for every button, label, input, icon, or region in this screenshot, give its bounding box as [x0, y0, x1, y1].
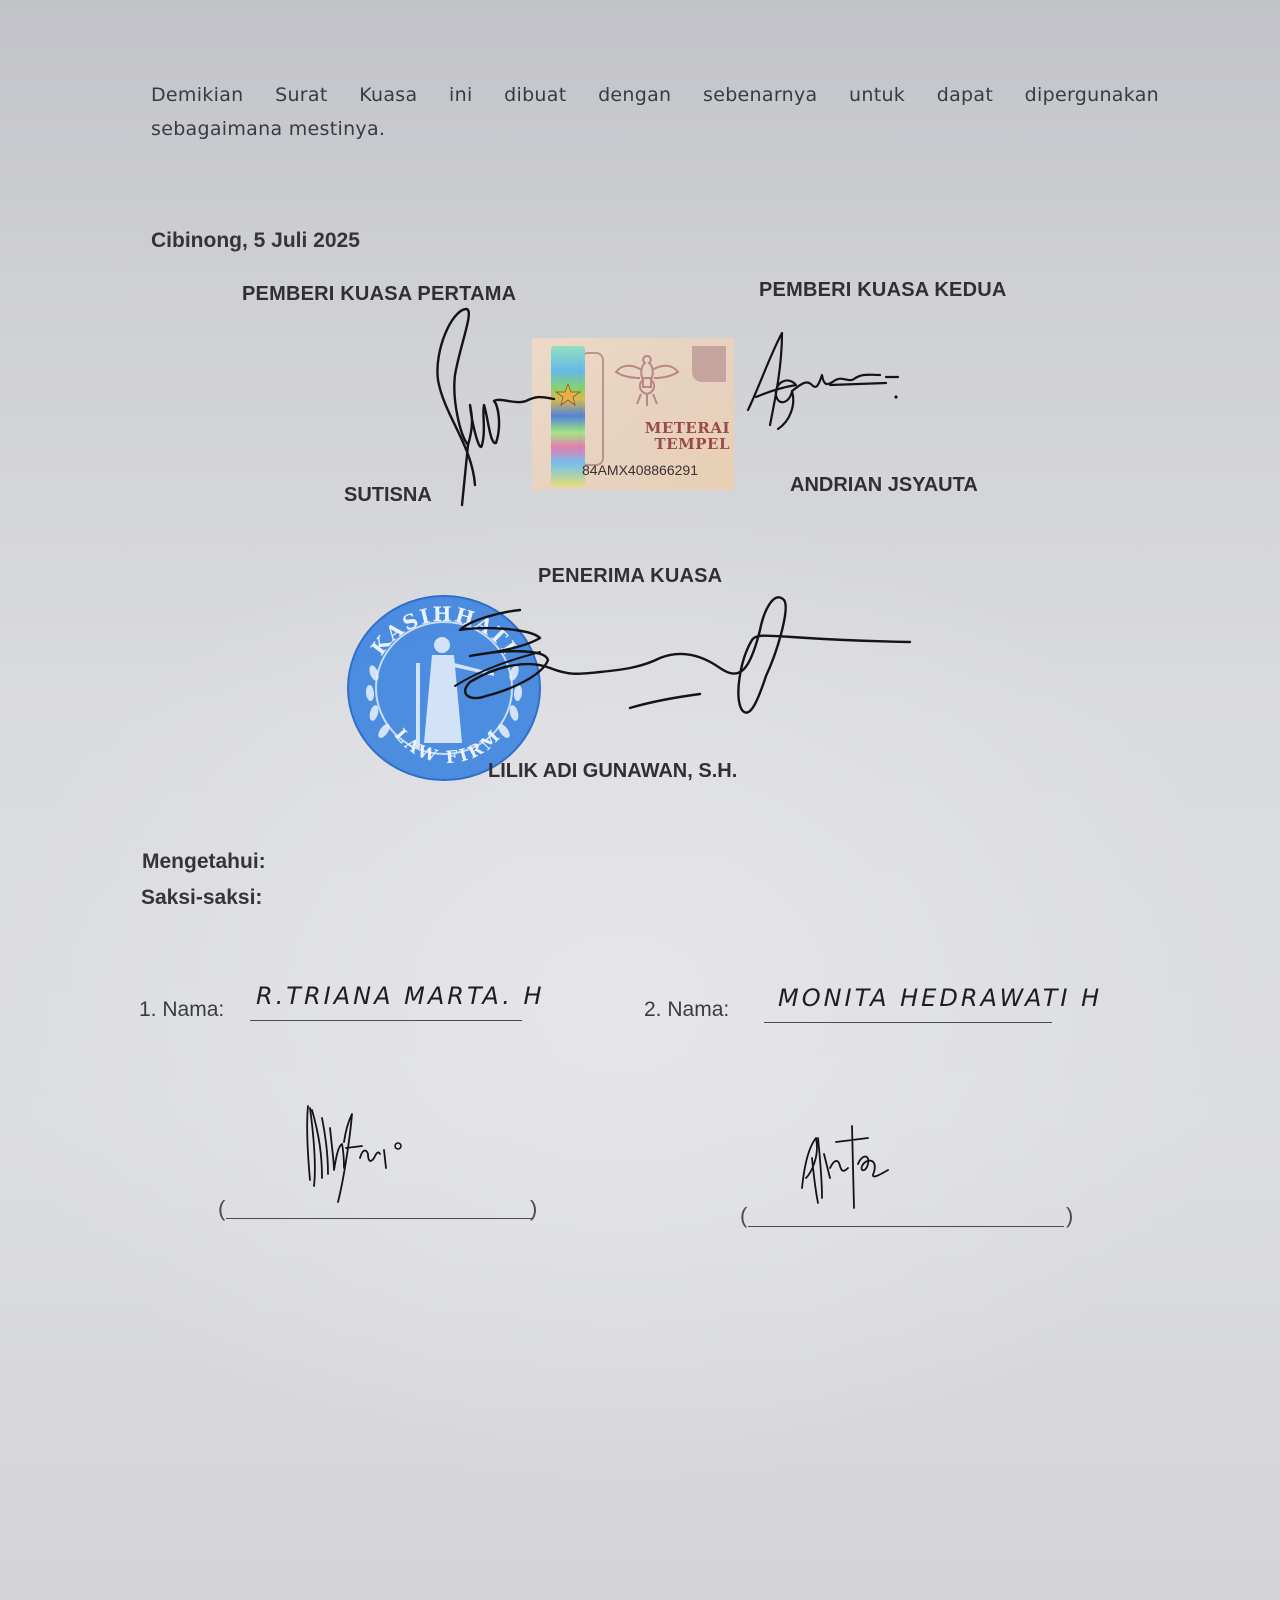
- paragraph-word: dipergunakan: [1025, 78, 1159, 112]
- duty-stamp: METERAI TEMPEL 84AMX408866291: [532, 338, 734, 490]
- stamp-corner-pattern: [692, 346, 726, 382]
- witness-2-signature-line: [748, 1226, 1064, 1227]
- paragraph-word: dengan: [598, 78, 671, 112]
- place-date: Cibinong, 5 Juli 2025: [151, 229, 360, 253]
- witness-1-name[interactable]: R.TRIANA MARTA. H: [256, 982, 545, 1010]
- witness-2-name[interactable]: MONITA HEDRAWATI H: [778, 984, 1102, 1012]
- garuda-emblem-icon: [612, 348, 682, 416]
- grantor-second-heading: PEMBERI KUASA KEDUA: [759, 279, 1007, 302]
- acknowledged-label: Mengetahui:: [142, 850, 266, 874]
- witness-2-label: 2. Nama:: [644, 998, 729, 1022]
- paragraph-word: Surat: [275, 78, 328, 112]
- paragraph-word: dapat: [937, 78, 993, 112]
- witness-1-signature-line: [226, 1218, 532, 1219]
- closing-paragraph-line-1: DemikianSuratKuasainidibuatdengansebenar…: [151, 78, 1159, 112]
- paragraph-word: Kuasa: [359, 78, 417, 112]
- signature-sutisna: [430, 305, 560, 515]
- paragraph-word: ini: [449, 78, 473, 112]
- witness-1-label: 1. Nama:: [139, 998, 224, 1022]
- grantor-second-name: ANDRIAN JSYAUTA: [790, 474, 978, 497]
- closing-paragraph-line-2: sebagaimana mestinya.: [151, 112, 1159, 146]
- witnesses-label: Saksi-saksi:: [141, 886, 262, 910]
- witness-2-paren-open: (: [740, 1203, 747, 1229]
- witness-1-paren-close: ): [530, 1196, 537, 1222]
- witness-1-name-line: [250, 1020, 522, 1021]
- signature-witness-2: [796, 1118, 936, 1218]
- grantee-heading: PENERIMA KUASA: [538, 565, 722, 588]
- paragraph-word: dibuat: [504, 78, 566, 112]
- paragraph-word: untuk: [849, 78, 905, 112]
- witness-2-name-line: [764, 1022, 1052, 1023]
- signature-lilik: [440, 590, 930, 740]
- grantee-name: LILIK ADI GUNAWAN, S.H.: [488, 760, 737, 783]
- signature-witness-1: [300, 1098, 430, 1213]
- stamp-serial-number: 84AMX408866291: [582, 462, 698, 478]
- meterai-label: METERAI TEMPEL: [630, 420, 730, 452]
- witness-1-paren-open: (: [218, 1196, 225, 1222]
- signature-andrian: [730, 325, 930, 445]
- paragraph-word: Demikian: [151, 78, 243, 112]
- paragraph-word: sebenarnya: [703, 78, 817, 112]
- witness-2-paren-close: ): [1066, 1203, 1073, 1229]
- grantor-first-heading: PEMBERI KUASA PERTAMA: [242, 283, 516, 306]
- grantor-first-name: SUTISNA: [344, 484, 432, 507]
- closing-paragraph: DemikianSuratKuasainidibuatdengansebenar…: [151, 78, 1159, 146]
